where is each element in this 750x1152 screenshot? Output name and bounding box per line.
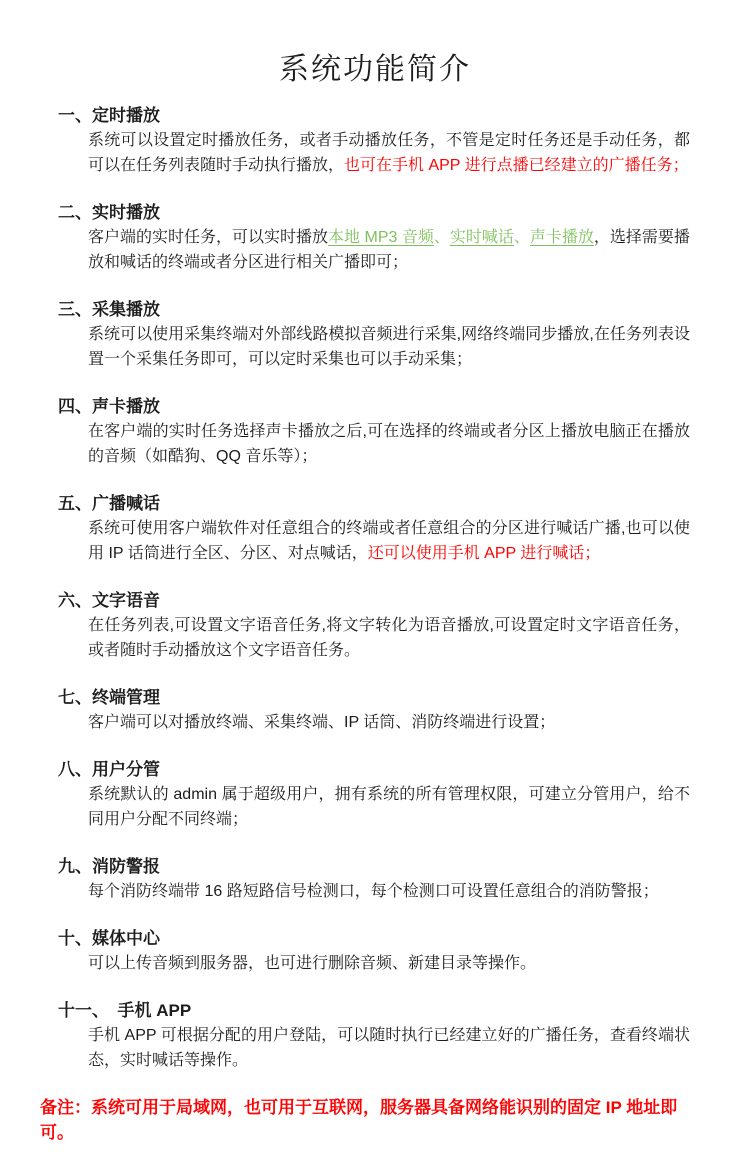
sections-container: 一、定时播放系统可以设置定时播放任务，或者手动播放任务，不管是定时任务还是手动任… bbox=[58, 103, 690, 1073]
section-heading: 十、媒体中心 bbox=[58, 926, 690, 951]
text-segment: 客户端可以对播放终端、采集终端、IP 话筒、消防终端进行设置； bbox=[88, 714, 555, 731]
text-segment: 系统可以使用采集终端对外部线路模拟音频进行采集,网络终端同步播放,在任务列表设置… bbox=[88, 326, 690, 368]
text-segment: 可以上传音频到服务器，也可进行删除音频、新建目录等操作。 bbox=[88, 955, 536, 972]
section-body: 系统默认的 admin 属于超级用户，拥有系统的所有管理权限，可建立分管用户，给… bbox=[88, 782, 690, 832]
section: 二、实时播放客户端的实时任务，可以实时播放本地 MP3 音频、实时喊话、声卡播放… bbox=[58, 200, 690, 275]
text-segment: 在客户端的实时任务选择声卡播放之后,可在选择的终端或者分区上播放电脑正在播放的音… bbox=[88, 423, 690, 465]
section-body: 每个消防终端带 16 路短路信号检测口，每个检测口可设置任意组合的消防警报； bbox=[88, 879, 690, 904]
section: 十、媒体中心可以上传音频到服务器，也可进行删除音频、新建目录等操作。 bbox=[58, 926, 690, 976]
section-heading: 三、采集播放 bbox=[58, 297, 690, 322]
section-body: 客户端的实时任务，可以实时播放本地 MP3 音频、实时喊话、声卡播放，选择需要播… bbox=[88, 225, 690, 275]
section: 一、定时播放系统可以设置定时播放任务，或者手动播放任务，不管是定时任务还是手动任… bbox=[58, 103, 690, 178]
document-content: 一、定时播放系统可以设置定时播放任务，或者手动播放任务，不管是定时任务还是手动任… bbox=[0, 88, 750, 1145]
section: 八、用户分管系统默认的 admin 属于超级用户，拥有系统的所有管理权限，可建立… bbox=[58, 757, 690, 832]
text-segment: 手机 APP 可根据分配的用户登陆，可以随时执行已经建立好的广播任务，查看终端状… bbox=[88, 1027, 690, 1069]
section-body: 系统可使用客户端软件对任意组合的终端或者任意组合的分区进行喊话广播,也可以使用 … bbox=[88, 516, 690, 566]
footer-note: 备注：系统可用于局域网，也可用于互联网，服务器具备网络能识别的固定 IP 地址即… bbox=[40, 1095, 690, 1145]
section: 五、广播喊话系统可使用客户端软件对任意组合的终端或者任意组合的分区进行喊话广播,… bbox=[58, 491, 690, 566]
text-segment: 、 bbox=[514, 229, 530, 246]
document-page: 系统功能简介 一、定时播放系统可以设置定时播放任务，或者手动播放任务，不管是定时… bbox=[0, 0, 750, 1152]
section-heading: 十一、 手机 APP bbox=[58, 998, 690, 1023]
section-heading: 二、实时播放 bbox=[58, 200, 690, 225]
section-body: 系统可以使用采集终端对外部线路模拟音频进行采集,网络终端同步播放,在任务列表设置… bbox=[88, 322, 690, 372]
text-segment: 也可在手机 APP 进行点播已经建立的广播任务； bbox=[344, 157, 689, 174]
section-body: 在客户端的实时任务选择声卡播放之后,可在选择的终端或者分区上播放电脑正在播放的音… bbox=[88, 419, 690, 469]
section-body: 客户端可以对播放终端、采集终端、IP 话筒、消防终端进行设置； bbox=[88, 710, 690, 735]
section: 六、文字语音在任务列表,可设置文字语音任务,将文字转化为语音播放,可设置定时文字… bbox=[58, 588, 690, 663]
text-segment: 系统默认的 admin 属于超级用户，拥有系统的所有管理权限，可建立分管用户，给… bbox=[88, 786, 690, 828]
section-body: 系统可以设置定时播放任务，或者手动播放任务，不管是定时任务还是手动任务，都可以在… bbox=[88, 128, 690, 178]
section-heading: 九、消防警报 bbox=[58, 854, 690, 879]
page-title: 系统功能简介 bbox=[0, 0, 750, 88]
text-segment: 、 bbox=[434, 229, 450, 246]
link-realtime-shout[interactable]: 实时喊话 bbox=[450, 229, 514, 246]
section: 七、终端管理客户端可以对播放终端、采集终端、IP 话筒、消防终端进行设置； bbox=[58, 685, 690, 735]
section-heading: 四、声卡播放 bbox=[58, 394, 690, 419]
section-body: 在任务列表,可设置文字语音任务,将文字转化为语音播放,可设置定时文字语音任务，或… bbox=[88, 613, 690, 663]
section-heading: 五、广播喊话 bbox=[58, 491, 690, 516]
section-body: 可以上传音频到服务器，也可进行删除音频、新建目录等操作。 bbox=[88, 951, 690, 976]
section: 四、声卡播放在客户端的实时任务选择声卡播放之后,可在选择的终端或者分区上播放电脑… bbox=[58, 394, 690, 469]
section: 三、采集播放系统可以使用采集终端对外部线路模拟音频进行采集,网络终端同步播放,在… bbox=[58, 297, 690, 372]
text-segment: 每个消防终端带 16 路短路信号检测口，每个检测口可设置任意组合的消防警报； bbox=[88, 883, 659, 900]
section: 十一、 手机 APP手机 APP 可根据分配的用户登陆，可以随时执行已经建立好的… bbox=[58, 998, 690, 1073]
text-segment: 还可以使用手机 APP 进行喊话； bbox=[368, 545, 601, 562]
section-heading: 七、终端管理 bbox=[58, 685, 690, 710]
section-heading: 一、定时播放 bbox=[58, 103, 690, 128]
text-segment: 客户端的实时任务，可以实时播放 bbox=[88, 229, 328, 246]
section-heading: 八、用户分管 bbox=[58, 757, 690, 782]
section: 九、消防警报每个消防终端带 16 路短路信号检测口，每个检测口可设置任意组合的消… bbox=[58, 854, 690, 904]
section-heading: 六、文字语音 bbox=[58, 588, 690, 613]
link-soundcard-playback[interactable]: 声卡播放 bbox=[530, 229, 594, 246]
text-segment: 在任务列表,可设置文字语音任务,将文字转化为语音播放,可设置定时文字语音任务，或… bbox=[88, 617, 690, 659]
link-local-mp3-audio[interactable]: 本地 MP3 音频 bbox=[328, 229, 434, 246]
section-body: 手机 APP 可根据分配的用户登陆，可以随时执行已经建立好的广播任务，查看终端状… bbox=[88, 1023, 690, 1073]
